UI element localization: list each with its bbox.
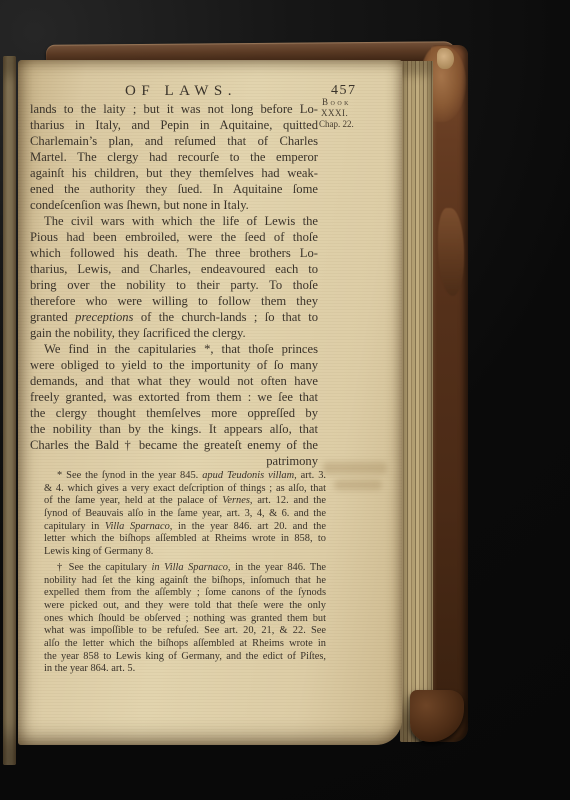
text-segment: lands to the laity ; but it was not long… [30,102,318,116]
text-segment: art. 3. [297,470,326,481]
text-segment: the year 858 to Lewis king of Germany, a… [44,651,326,662]
book-cover-spine [431,45,468,742]
paragraph: We find in the capitularies *, that thoſ… [30,341,318,453]
text-line: nobility had ſet the king againſt the bi… [44,575,326,588]
text-segment: tharius, Lewis, and Charles, endeavoured… [30,262,318,276]
margin-note-chapter: Chap. 22. [319,119,383,130]
text-segment: Charlemain’s plan, and reſumed that of C… [30,134,318,148]
text-line: againſt his children, but they themſelve… [30,165,318,181]
text-segment: demands, and that what they would not of… [30,374,318,388]
show-through-smudge [334,480,382,490]
page-header: OF LAWS. [30,83,318,101]
text-segment: alſo the letter which the biſhops aſſemb… [44,638,326,649]
footnote: † See the capitulary in Villa Sparnaco, … [44,562,326,676]
margin-note: Book XXXI. Chap. 22. [319,97,383,130]
footnotes: * See the ſynod in the year 845. apud Te… [44,470,326,676]
text-segment: what was impoſſible to be refuſed. See a… [44,625,326,636]
text-line: in the year 864. art. 5. [44,663,326,676]
italic-text: Villa Sparnaco, [105,521,173,532]
text-line: therefore who were willing to follow the… [30,293,318,309]
text-segment: gain the nobility, they ſacrificed the c… [30,326,246,340]
text-line: ſynod of Beauvais alſo in the ſame year,… [44,508,326,521]
paragraph: lands to the laity ; but it was not long… [30,101,318,213]
page-fore-edge [400,61,433,742]
text-segment: art. 12. and the [253,495,327,506]
italic-text: preceptions [75,310,133,324]
page-edge-left [3,56,16,765]
text-line: gain the nobility, they ſacrificed the c… [30,325,318,341]
text-segment: which followed his death. The three brot… [30,246,318,260]
text-line: freely granted, was extorted from them :… [30,389,318,405]
text-segment: letter which the biſhops aſſembled at Rh… [44,533,326,544]
text-segment: ened the authority they ſued. In Aquitai… [30,182,318,196]
text-line: the nobility than by the kings. It appea… [30,421,318,437]
text-line: the clergy thought themſelves more oppre… [30,405,318,421]
text-segment: tharius in Italy, and Pepin in Aquitaine… [30,118,318,132]
text-segment: The civil wars with which the life of Le… [44,214,318,228]
text-line: Charles the Bald † became the greateſt e… [30,437,318,453]
text-segment: of the church-lands ; ſo that to [133,310,318,324]
italic-text: in Villa Sparnaco, [152,562,231,573]
text-line: of the ſame year, held at the palace of … [44,495,326,508]
text-line: † See the capitulary in Villa Sparnaco, … [44,562,326,575]
body-text: lands to the laity ; but it was not long… [30,101,318,453]
italic-text: apud Teudonis villam, [202,470,296,481]
text-line: Charlemain’s plan, and reſumed that of C… [30,133,318,149]
leather-wear-patch [438,208,464,296]
text-segment: condeſcenſion was ſhewn, but none in Ita… [30,198,249,212]
text-segment: in the year 846. art 20. and the [172,521,326,532]
text-segment: † See the capitulary [57,562,152,573]
text-segment: therefore who were willing to follow the… [30,294,318,308]
text-line: tharius in Italy, and Pepin in Aquitaine… [30,117,318,133]
text-line: bring over the nobility to their party. … [30,277,318,293]
text-line: ened the authority they ſued. In Aquitai… [30,181,318,197]
running-title: OF LAWS. [30,83,318,100]
text-segment: were obliged to yield to the importunity… [30,358,318,372]
text-segment: in the year 864. art. 5. [44,663,135,674]
text-segment: in the year 846. The [231,562,326,573]
text-segment: Pious had been embroiled, were the ſeed … [30,230,318,244]
text-segment: granted [30,310,75,324]
text-line: were picked out, and they were told that… [44,600,326,613]
text-line: were obliged to yield to the importunity… [30,357,318,373]
text-line: capitulary in Villa Sparnaco, in the yea… [44,521,326,534]
text-segment: of the ſame year, held at the palace of [44,495,222,506]
catchword: patrimony [30,453,318,469]
text-line: lands to the laity ; but it was not long… [30,101,318,117]
text-line: letter which the biſhops aſſembled at Rh… [44,533,326,546]
text-segment: Charles the Bald † became the greateſt e… [30,438,318,452]
text-segment: againſt his children, but they themſelve… [30,166,318,180]
footnote: * See the ſynod in the year 845. apud Te… [44,470,326,559]
text-line: The civil wars with which the life of Le… [30,213,318,229]
text-segment: capitulary in [44,521,105,532]
text-segment: * See the ſynod in the year 845. [57,470,202,481]
text-line: granted preceptions of the church-lands … [30,309,318,325]
text-segment: the clergy thought themſelves more oppre… [30,406,318,420]
margin-note-chapter-num: XXXI. [319,108,383,119]
text-line: Pious had been embroiled, were the ſeed … [30,229,318,245]
text-segment: were picked out, and they were told that… [44,600,326,611]
text-segment: the nobility than by the kings. It appea… [30,422,318,436]
text-segment: Martel. The clergy had recourſe to the e… [30,150,318,164]
text-segment: We find in the capitularies *, that thoſ… [44,342,318,356]
text-segment: nobility had ſet the king againſt the bi… [44,575,326,586]
book-page: OF LAWS. 457 Book XXXI. Chap. 22. lands … [18,60,402,745]
text-line: the year 858 to Lewis king of Germany, a… [44,651,326,664]
text-line: Martel. The clergy had recourſe to the e… [30,149,318,165]
text-line: alſo the letter which the biſhops aſſemb… [44,638,326,651]
paragraph: The civil wars with which the life of Le… [30,213,318,341]
margin-note-book: Book [319,97,383,108]
text-segment: Lewis king of Germany 8. [44,546,153,557]
text-segment: freely granted, was extorted from them :… [30,390,318,404]
text-line: & 4. which gives a very exact deſcriptio… [44,483,326,496]
text-segment: expelled them from the aſſembly ; ſome c… [44,587,326,598]
text-line: ones which ſhould be obſerved ; nothing … [44,613,326,626]
text-segment: ſynod of Beauvais alſo in the ſame year,… [44,508,326,519]
text-line: which followed his death. The three brot… [30,245,318,261]
text-line: Lewis king of Germany 8. [44,546,326,559]
text-line: * See the ſynod in the year 845. apud Te… [44,470,326,483]
text-line: condeſcenſion was ſhewn, but none in Ita… [30,197,318,213]
text-line: demands, and that what they would not of… [30,373,318,389]
text-segment: & 4. which gives a very exact deſcriptio… [44,483,326,494]
text-line: expelled them from the aſſembly ; ſome c… [44,587,326,600]
show-through-smudge [323,462,387,474]
text-segment: ones which ſhould be obſerved ; nothing … [44,613,326,624]
leather-chip [437,48,454,69]
text-line: what was impoſſible to be refuſed. See a… [44,625,326,638]
text-line: tharius, Lewis, and Charles, endeavoured… [30,261,318,277]
italic-text: Vernes, [222,495,252,506]
text-line: We find in the capitularies *, that thoſ… [30,341,318,357]
text-segment: bring over the nobility to their party. … [30,278,318,292]
photo-of-book: { "colors": { "background": "#0a0a0a", "… [0,0,570,800]
